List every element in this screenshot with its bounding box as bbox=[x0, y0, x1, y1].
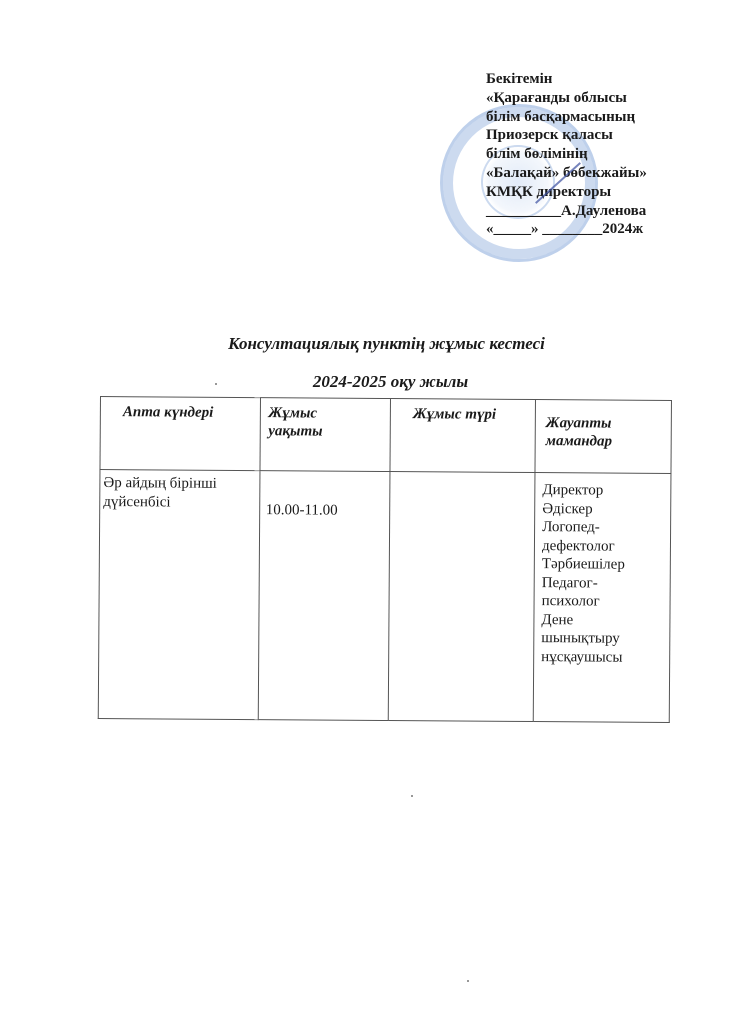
responsible-item: Тәрбиешілер bbox=[542, 555, 670, 574]
responsible-item: психолог bbox=[542, 592, 670, 611]
approval-line: Бекітемін bbox=[486, 70, 726, 89]
approval-signature-line: __________А.Дауленова bbox=[486, 202, 726, 221]
cell-responsible: Директор Әдіскер Логопед- дефектолог Тәр… bbox=[533, 473, 671, 723]
approval-line: білім басқармасының bbox=[486, 108, 726, 127]
approval-line: білім бөлімінің bbox=[486, 145, 726, 164]
header-responsible: Жауапты мамандар bbox=[535, 400, 671, 474]
scan-speck bbox=[215, 383, 217, 385]
header-work-time-line: Жұмыс bbox=[268, 404, 390, 423]
header-responsible-line: мамандар bbox=[546, 432, 671, 451]
responsible-item: Логопед- bbox=[542, 518, 670, 537]
cell-time: 10.00-11.00 bbox=[258, 471, 390, 721]
approval-line: «Балақай» бөбекжайы» bbox=[486, 164, 726, 183]
responsible-item: дефектолог bbox=[542, 537, 670, 556]
cell-day: Әр айдың бірінші дүйсенбісі bbox=[98, 470, 259, 720]
document-subtitle: 2024-2025 оқу жылы bbox=[18, 372, 745, 392]
table-header-row: Апта күндері Жұмыс уақыты Жұмыс түрі Жау… bbox=[100, 397, 671, 474]
scan-speck bbox=[467, 980, 469, 982]
header-work-type: Жұмыс түрі bbox=[390, 399, 535, 473]
responsible-item: Педагог- bbox=[542, 574, 670, 593]
cell-work-type bbox=[388, 472, 535, 722]
approval-block: Бекітемін «Қарағанды облысы білім басқар… bbox=[486, 70, 726, 239]
cell-day-line: Әр айдың бірінші bbox=[103, 474, 259, 494]
scan-speck bbox=[411, 795, 413, 797]
approval-line: «Қарағанды облысы bbox=[486, 89, 726, 108]
header-work-time-line: уақыты bbox=[268, 422, 390, 441]
responsible-item: Директор bbox=[542, 481, 670, 500]
responsible-item: нұсқаушысы bbox=[541, 648, 669, 667]
approval-line: Приозерск қаласы bbox=[486, 126, 726, 145]
document-title: Консултациялық пунктің жұмыс кестесі bbox=[14, 334, 745, 354]
header-work-time: Жұмыс уақыты bbox=[260, 398, 391, 472]
responsible-item: Әдіскер bbox=[542, 500, 670, 519]
approval-line: КМҚК директоры bbox=[486, 183, 726, 202]
table-row: Әр айдың бірінші дүйсенбісі 10.00-11.00 … bbox=[98, 470, 671, 723]
responsible-item: Дене bbox=[541, 611, 669, 630]
cell-day-line: дүйсенбісі bbox=[103, 493, 259, 513]
responsible-item: шынықтыру bbox=[541, 629, 669, 648]
approval-date-line: «_____» ________2024ж bbox=[486, 220, 726, 239]
schedule-table: Апта күндері Жұмыс уақыты Жұмыс түрі Жау… bbox=[98, 396, 672, 723]
header-week-days: Апта күндері bbox=[100, 397, 260, 471]
header-responsible-line: Жауапты bbox=[546, 414, 671, 433]
